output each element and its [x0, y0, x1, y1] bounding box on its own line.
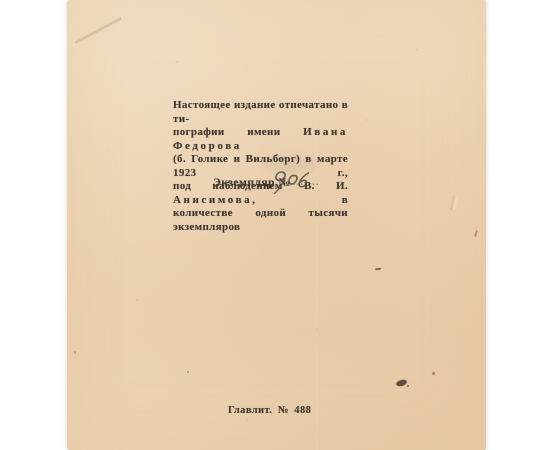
colophon-line: (б. Голике и Вильборг) в марте 1923 г., — [173, 153, 348, 180]
colophon-line: Настоящее издание отпечатано в ти- — [173, 99, 348, 126]
colophon-line: пографии имени Ивана Федорова — [173, 126, 348, 153]
colophon-line: количестве одной тысячи экземпляров — [173, 207, 348, 234]
dust-speck — [474, 230, 478, 237]
colophon-line-text: пографии имени — [173, 126, 303, 138]
dust-speck — [74, 351, 76, 354]
ink-blot — [395, 379, 407, 387]
ink-blot — [407, 385, 409, 387]
dust-speck — [187, 371, 189, 373]
dust-speck — [375, 268, 381, 271]
colophon-line-text: количестве одной тысячи экземпляров — [173, 207, 348, 233]
scan-background: Настоящее издание отпечатано в ти- погра… — [0, 0, 550, 450]
crease-mark — [425, 196, 481, 210]
handwritten-copy-number — [266, 168, 309, 198]
colophon-text-block: Настоящее издание отпечатано в ти- погра… — [173, 99, 348, 234]
paper-page: Настоящее издание отпечатано в ти- погра… — [67, 0, 486, 450]
censor-stamp-line: Главлит. № 488 — [228, 405, 311, 416]
colophon-line-text: Настоящее издание отпечатано в ти- — [173, 99, 348, 125]
colophon-line-text: (б. Голике и Вильборг) в марте 1923 г., — [173, 153, 348, 179]
scratch-mark — [75, 0, 121, 62]
letterspaced-name: Анисимова — [173, 194, 252, 206]
dust-speck — [432, 372, 435, 375]
